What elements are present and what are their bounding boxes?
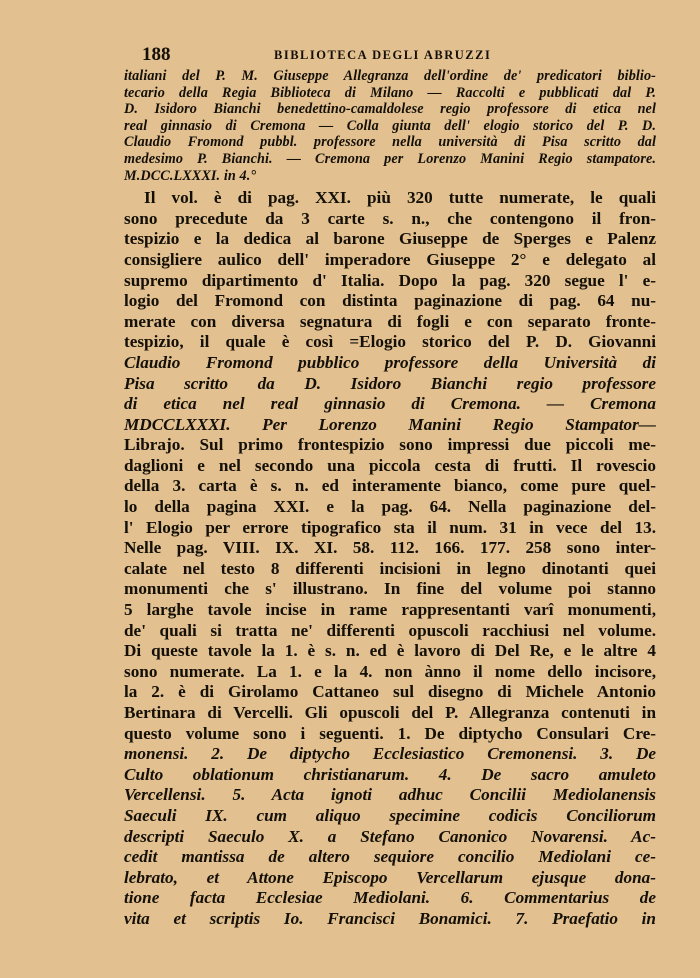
body-line: di etica nel real ginnasio di Cremona. —…	[124, 394, 656, 415]
body-line: 5 larghe tavole incise in rame rappresen…	[124, 600, 656, 621]
body-line: monensi. 2. De diptycho Ecclesiastico Cr…	[124, 744, 656, 765]
body-line: logio del Fromond con distinta paginazio…	[124, 291, 656, 312]
body-line: tespizio e la dedica al barone Giuseppe …	[124, 229, 656, 250]
title-line: M.DCC.LXXXI. in 4.°	[124, 168, 656, 185]
body-line: monumenti che s' illustrano. In fine del…	[124, 579, 656, 600]
page-number: 188	[142, 44, 171, 66]
body-line: della 3. carta è s. n. ed interamente bi…	[124, 476, 656, 497]
body-line: descripti Saeculo X. a Stefano Canonico …	[124, 827, 656, 848]
body-line: Il vol. è di pag. XXI. più 320 tutte num…	[124, 188, 656, 209]
running-title: BIBLIOTECA DEGLI ABRUZZI	[274, 48, 491, 63]
body-line: supremo dipartimento d' Italia. Dopo la …	[124, 271, 656, 292]
body-line: Claudio Fromond pubblico professore dell…	[124, 353, 656, 374]
title-line: D. Isidoro Bianchi benedettino-camaldole…	[124, 101, 656, 118]
body-line: calate nel testo 8 differenti incisioni …	[124, 559, 656, 580]
bibliographic-title: italiani del P. M. Giuseppe Allegranza d…	[124, 68, 656, 184]
body-line: la 2. è di Girolamo Cattaneo sul disegno…	[124, 682, 656, 703]
body-line: de' quali si tratta ne' differenti opusc…	[124, 621, 656, 642]
body-line: sono precedute da 3 carte s. n., che con…	[124, 209, 656, 230]
body-line: vita et scriptis Io. Francisci Bonamici.…	[124, 909, 656, 930]
body-line: Bertinara di Vercelli. Gli opuscoli del …	[124, 703, 656, 724]
description-paragraph: Il vol. è di pag. XXI. più 320 tutte num…	[124, 188, 656, 929]
body-line: Pisa scritto da D. Isidoro Bianchi regio…	[124, 374, 656, 395]
document-page: 188 BIBLIOTECA DEGLI ABRUZZI italiani de…	[124, 40, 656, 930]
body-line: Librajo. Sul primo frontespizio sono imp…	[124, 435, 656, 456]
body-line: questo volume sono i seguenti. 1. De dip…	[124, 724, 656, 745]
body-line: Nelle pag. VIII. IX. XI. 58. 112. 166. 1…	[124, 538, 656, 559]
body-line: cedit mantissa de altero sequiore concil…	[124, 847, 656, 868]
title-line: tecario della Regia Biblioteca di Milano…	[124, 85, 656, 102]
title-line: real ginnasio di Cremona — Colla giunta …	[124, 118, 656, 135]
body-line: lebrato, et Attone Episcopo Vercellarum …	[124, 868, 656, 889]
body-line: MDCCLXXXI. Per Lorenzo Manini Regio Stam…	[124, 415, 656, 436]
title-line: italiani del P. M. Giuseppe Allegranza d…	[124, 68, 656, 85]
body-line: daglioni e nel secondo una piccola cesta…	[124, 456, 656, 477]
body-line: Vercellensi. 5. Acta ignoti adhuc Concil…	[124, 785, 656, 806]
body-line: Di queste tavole la 1. è s. n. ed è lavo…	[124, 641, 656, 662]
body-line: consigliere aulico dell' imperadore Gius…	[124, 250, 656, 271]
body-line: merate con diversa segnatura di fogli e …	[124, 312, 656, 333]
body-line: tespizio, il quale è così =Elogio storic…	[124, 332, 656, 353]
body-line: lo della pagina XXI. e la pag. 64. Nella…	[124, 497, 656, 518]
body-line: tione facta Ecclesiae Mediolani. 6. Comm…	[124, 888, 656, 909]
body-line: Saeculi IX. cum aliquo specimine codicis…	[124, 806, 656, 827]
body-line: Culto oblationum christianarum. 4. De sa…	[124, 765, 656, 786]
page-header: 188 BIBLIOTECA DEGLI ABRUZZI	[124, 40, 656, 66]
title-line: medesimo P. Bianchi. — Cremona per Loren…	[124, 151, 656, 168]
body-line: sono numerate. La 1. e la 4. non ànno il…	[124, 662, 656, 683]
body-line: l' Elogio per errore tipografico sta il …	[124, 518, 656, 539]
title-line: Claudio Fromond pubbl. professore nella …	[124, 134, 656, 151]
